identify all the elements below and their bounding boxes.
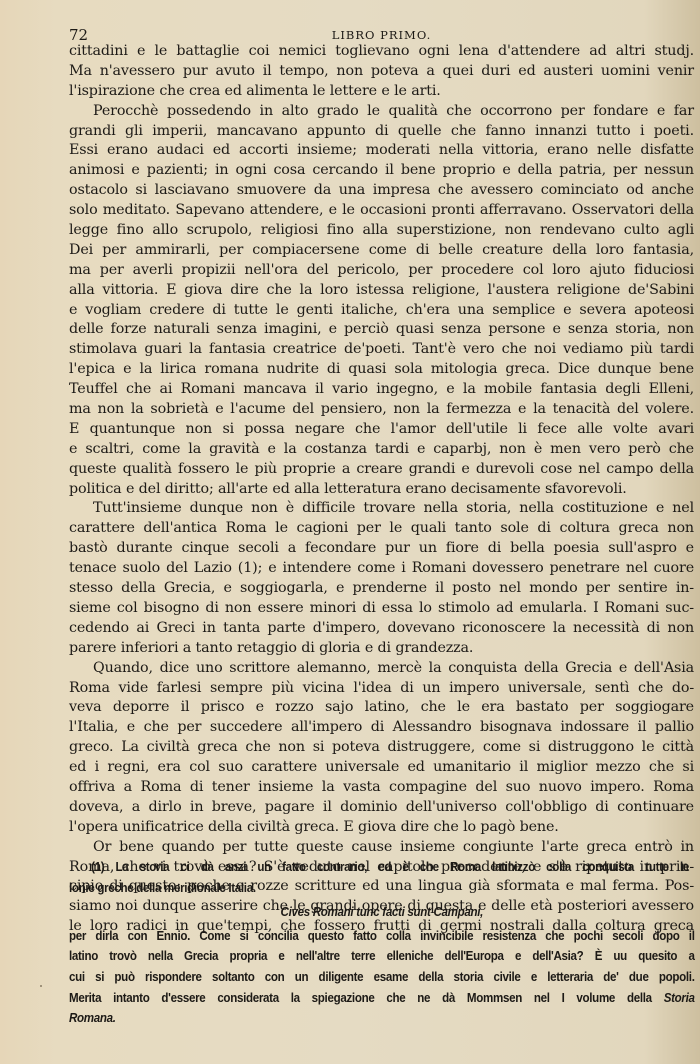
paragraph-start: Or bene quando per tutte queste cause in…	[69, 838, 694, 858]
footnote-line: cui si può rispondere soltanto con un di…	[69, 967, 695, 988]
footnote-line: latino trovò nella Grecia propria e nell…	[69, 946, 695, 967]
footnote: (1) La storia ci dà anzi un fatto contra…	[69, 857, 694, 1029]
text-line: veva deporre il prisco e rozzo sajo lati…	[69, 698, 694, 718]
text-line: delle forze naturali senza imagini, e pe…	[69, 320, 694, 340]
text-line: bastò durante cinque secoli a fecondare …	[69, 539, 694, 559]
footnote-text: Merita intanto d'essere considerata la s…	[69, 991, 652, 1005]
text-line: legge fino allo scrupolo, religiosi fino…	[69, 221, 694, 241]
paragraph-start: Perocchè possedendo in alto grado le qua…	[69, 102, 694, 122]
text-line: greco. La civiltà greca che non si potev…	[69, 738, 694, 758]
text-line: Teuffel che ai Romani mancava il vario i…	[69, 380, 694, 400]
footnote-line: Merita intanto d'essere considerata la s…	[69, 988, 695, 1009]
paragraph-start: Tutt'insieme dunque non è difficile trov…	[69, 499, 694, 519]
paragraph-start: Quando, dice uno scrittore alemanno, mer…	[69, 659, 694, 679]
text-line: stimolava guari la fantasia creatrice de…	[69, 340, 694, 360]
text-line: sieme col bisogno di non essere minori d…	[69, 599, 694, 619]
footnote-quotation: Cives Romani tunc facti sunt Campani,	[69, 902, 695, 923]
text-line: queste qualità fossero le più proprie a …	[69, 460, 694, 480]
text-line: ma non la sobrietà e l'acume del pensier…	[69, 400, 694, 420]
text-line: l'Italia, e che per succedere all'impero…	[69, 718, 694, 738]
text-line: E quantunque non si possa negare che l'a…	[69, 420, 694, 440]
text-line: politica e del diritto; all'arte ed alla…	[69, 480, 694, 500]
text-line: grandi gli imperii, mancavano appunto di…	[69, 122, 694, 142]
text-line: e vogliam credere di tutte le genti ital…	[69, 301, 694, 321]
text-line: Essi erano audaci ed accorti insieme; mo…	[69, 141, 694, 161]
text-line: offriva a Roma di tener insieme la vasta…	[69, 778, 694, 798]
scan-speck	[40, 985, 42, 987]
footnote-line: per dirla con Ennio. Come si concilia qu…	[69, 926, 695, 947]
text-line: alla vittoria. E giova dire che la loro …	[69, 281, 694, 301]
text-line: ostacolo si lasciavano smuovere da una i…	[69, 181, 694, 201]
text-line: Dei per ammirarli, per compiacersene com…	[69, 241, 694, 261]
main-text: cittadini e le battaglie coi nemici togl…	[69, 42, 694, 937]
text-line: solo meditato. Sapevano attendere, e le …	[69, 201, 694, 221]
footnote-line: (1) La storia ci dà anzi un fatto contra…	[69, 857, 700, 878]
text-line: e scaltri, come la gravità e la costanza…	[69, 440, 694, 460]
text-line: cittadini e le battaglie coi nemici togl…	[69, 42, 694, 62]
text-line: animosi e pazienti; in ogni cosa cercand…	[69, 161, 694, 181]
text-line: Ma n'avessero pur avuto il tempo, non po…	[69, 62, 694, 82]
text-line: parere inferiori a tanto retaggio di glo…	[69, 639, 694, 659]
running-head: LIBRO PRIMO.	[69, 28, 694, 42]
footnote-title-italic: Romana.	[69, 1008, 695, 1029]
text-line: cedendo ai Greci in tanta parte d'impero…	[69, 619, 694, 639]
text-line: carattere dell'antica Roma le cagioni pe…	[69, 519, 694, 539]
text-line: Roma vide farlesi sempre più vicina l'id…	[69, 679, 694, 699]
footnote-line: lonie greche della meridionale Italia.	[69, 878, 695, 899]
text-line: l'epica e la lirica romana nudrite di qu…	[69, 360, 694, 380]
text-line: l'ispirazione che crea ed alimenta le le…	[69, 82, 694, 102]
text-line: doveva, a dirlo in breve, pagare il domi…	[69, 798, 694, 818]
text-line: ed i regni, era col suo carattere univer…	[69, 758, 694, 778]
text-line: l'opera unificatrice della civiltà greca…	[69, 818, 694, 838]
text-line: ma per averli propizii nell'ora del peri…	[69, 261, 694, 281]
text-line: stesso della Grecia, e soggiogarla, e pr…	[69, 579, 694, 599]
text-line-with-footnote-ref: tenace suolo del Lazio (1); e intendere …	[69, 559, 694, 579]
footnote-title-italic: Storia	[664, 991, 695, 1005]
